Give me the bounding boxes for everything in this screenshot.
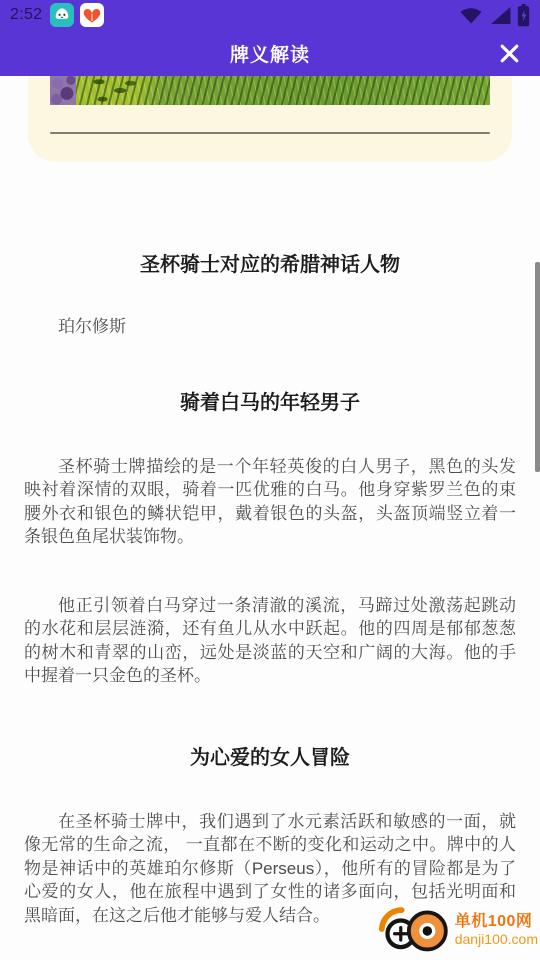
tarot-card-image [50,76,490,105]
onigiri-app-icon [50,3,74,27]
leaf-sketch-art [78,76,148,105]
watermark: 单机100网 danji100.com [378,903,540,957]
section-heading-myth-figure: 圣杯骑士对应的希腊神话人物 [24,251,516,279]
section-heading-adventure: 为心爱的女人冒险 [24,744,516,772]
battery-icon [517,4,530,27]
reading-content: 圣杯骑士对应的希腊神话人物 珀尔修斯 骑着白马的年轻男子 圣杯骑士牌描绘的是一个… [0,251,540,927]
watermark-site-name: 单机100网 [455,914,538,931]
heart-app-icon [80,3,104,27]
myth-figure-name: 珀尔修斯 [24,315,516,339]
watermark-text: 单机100网 danji100.com [455,914,538,946]
heart-hands-glyph [82,5,102,25]
status-bar: 2:52 [0,0,540,30]
status-time: 2:52 [10,6,42,24]
scrollbar-thumb[interactable] [535,262,540,472]
wisteria-flowers-art [50,76,76,105]
page-title: 牌义解读 [0,30,540,76]
watermark-domain: danji100.com [455,932,538,947]
card-divider [50,132,490,134]
paragraph-card-description: 圣杯骑士牌描绘的是一个年轻英俊的白人男子，黑色的头发映衬着深情的双眼，骑着一匹优… [24,455,516,549]
cellular-signal-icon [488,6,512,25]
app-bar: 牌义解读 [0,30,540,76]
danji100-logo-icon [378,903,452,957]
tarot-card-panel [28,76,512,162]
onigiri-glyph [52,5,72,25]
close-button[interactable] [492,36,526,70]
wifi-icon [459,6,483,25]
section-heading-description: 骑着白马的年轻男子 [24,389,516,417]
close-icon [497,41,522,66]
paragraph-card-scene: 他正引领着白马穿过一条清澈的溪流，马蹄过处激荡起跳动的水花和层层涟漪，还有鱼儿从… [24,594,516,688]
app-screen: 2:52 [0,0,540,960]
status-indicators [459,4,530,27]
